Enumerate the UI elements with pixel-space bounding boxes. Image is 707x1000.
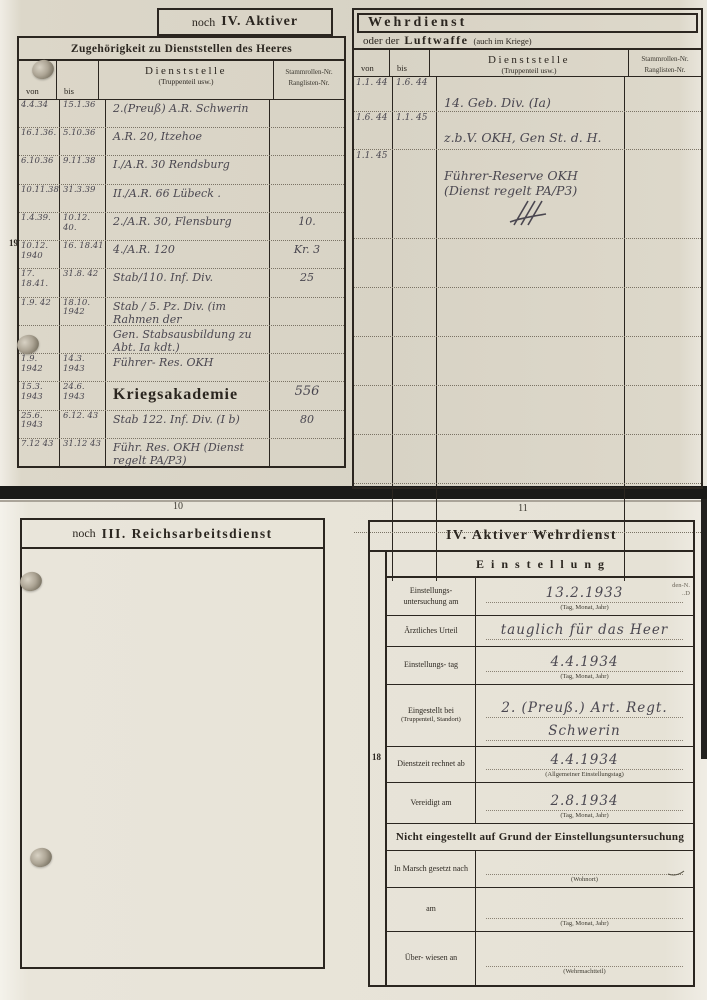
subheader-luftwaffe: Luftwaffe [404, 33, 468, 48]
cell-von: 7.12 43 [19, 439, 59, 466]
table-column-header: von bis Dienststelle (Truppenteil usw.) … [354, 50, 701, 77]
table-row [354, 386, 701, 435]
cell-bis: 9.11.38 [59, 156, 105, 183]
field-value: 2. (Preuß.) Art. Regt. [501, 700, 667, 716]
cell-von: 4.4.34 [19, 100, 59, 127]
table-row: 6.10.36 9.11.38 I./A.R. 30 Rendsburg [19, 156, 344, 184]
cell-von [354, 239, 392, 287]
field-value-2: Schwerin [548, 723, 621, 739]
field-caption: (Wohnort) [486, 875, 683, 885]
field-caption: (Wehrmachtteil) [486, 967, 683, 977]
table-row: 10.12. 1940 16. 18.41 4./A.R. 120 Kr. 3 [19, 241, 344, 269]
page-number-11: 11 [503, 503, 543, 514]
field-caption: (Allgemeiner Einstellungstag) [486, 770, 683, 780]
col-dienststelle-sub: (Truppenteil usw.) [430, 66, 628, 75]
cell-dienststelle: A.R. 20, Itzehoe [105, 128, 269, 155]
cell-von: 6.10.36 [19, 156, 59, 183]
table-row: 4.4.34 15.1.36 2.(Preuß) A.R. Schwerin [19, 100, 344, 128]
cell-von: 17. 18.41. [19, 269, 59, 296]
col-dienststelle: Dienststelle [99, 65, 273, 77]
page-wehrdienst: Wehrdienst oder der Luftwaffe (auch im K… [352, 8, 703, 489]
cell-dienststelle [436, 288, 624, 336]
field-einstellungsuntersuchung: Einstellungs- untersuchung am den-N. ..D… [387, 578, 693, 616]
cell-stammrollen [269, 298, 344, 325]
cell-dienststelle: Führer-Reserve OKH (Dienst regelt PA/P3) [436, 150, 624, 238]
table-row: 1.9. 1942 14.3. 1943 Führer- Res. OKH [19, 354, 344, 382]
field-dienstzeit: Dienstzeit rechnet ab 4.4.1934 (Allgemei… [387, 747, 693, 783]
table-row: 1.6. 44 1.1. 45 z.b.V. OKH, Gen St. d. H… [354, 112, 701, 150]
cell-bis: 31.12 43 [59, 439, 105, 466]
pen-mark [667, 869, 685, 877]
wehrdienst-header-box: Wehrdienst [357, 13, 698, 33]
cell-stammrollen: Kr. 3 [269, 241, 344, 268]
field-label: Ärztliches Urteil [387, 616, 476, 646]
faint-print-fragment: den-N. ..D [672, 582, 690, 598]
header-prefix: noch [72, 526, 95, 541]
cell-von: 1.9. 42 [19, 298, 59, 325]
cell-bis [392, 435, 436, 483]
page-margin-strip: 18 [370, 552, 387, 985]
cell-dienststelle: 2./A.R. 30, Flensburg [105, 213, 269, 240]
table-row [354, 239, 701, 288]
cell-von: 15.3. 1943 [19, 382, 59, 409]
section-einstellung: Einstellung [387, 552, 693, 578]
page-title: IV. Aktiver [221, 14, 298, 30]
cell-bis [392, 150, 436, 238]
header-prefix: noch [192, 15, 215, 30]
cell-von [354, 337, 392, 385]
page-title: IV. Aktiver Wehrdienst [370, 522, 693, 552]
field-value: 2.8.1934 [550, 793, 618, 809]
col-von: von [26, 86, 39, 96]
table-row: 10.11.38 31.3.39 II./A.R. 66 Lübeck . [19, 185, 344, 213]
table-row: Gen. Stabsausbildung zu Abt. Ia kdt.) [19, 326, 344, 354]
cell-bis [392, 337, 436, 385]
cell-stammrollen [269, 439, 344, 466]
field-aerztliches-urteil: Ärztliches Urteil tauglich für das Heer [387, 616, 693, 647]
cell-bis: 1.1. 45 [392, 112, 436, 149]
cell-von: 1.1. 44 [354, 77, 392, 111]
cell-dienststelle [436, 239, 624, 287]
field-value: 13.2.1933 [546, 585, 624, 601]
table-row: 7.12 43 31.12 43 Führ. Res. OKH (Dienst … [19, 439, 344, 466]
cell-bis: 14.3. 1943 [59, 354, 105, 381]
col-stammrollen: Stammrollen-Nr. [274, 67, 344, 78]
cell-stammrollen [269, 326, 344, 353]
cell-stammrollen [269, 128, 344, 155]
table-row: 1.4.39. 10.12. 40. 2./A.R. 30, Flensburg… [19, 213, 344, 241]
cell-stammrollen: 25 [269, 269, 344, 296]
field-label: am [387, 888, 476, 931]
cell-bis: 6.12. 43 [59, 411, 105, 438]
field-label-sub: (Truppenteil, Standort) [401, 716, 461, 724]
page-number-10: 10 [158, 501, 198, 512]
cell-dienststelle: Führer- Res. OKH [105, 354, 269, 381]
field-value: 4.4.1934 [550, 752, 618, 768]
cell-dienststelle: 4./A.R. 120 [105, 241, 269, 268]
cell-von [354, 288, 392, 336]
col-dienststelle-sub: (Truppenteil usw.) [99, 77, 273, 86]
cell-stammrollen [269, 100, 344, 127]
cell-stammrollen [269, 156, 344, 183]
cell-von: 1.6. 44 [354, 112, 392, 149]
cell-stammrollen [269, 185, 344, 212]
cell-stammrollen [624, 239, 701, 287]
cell-stammrollen: 80 [269, 411, 344, 438]
cell-von: 25.6. 1943 [19, 411, 59, 438]
cell-bis: 1.6. 44 [392, 77, 436, 111]
col-von: von [361, 63, 374, 73]
cell-bis: 16. 18.41 [59, 241, 105, 268]
field-caption: (Tag, Monat, Jahr) [486, 603, 683, 613]
cell-von [354, 386, 392, 434]
section-nicht-eingestellt: Nicht eingestellt auf Grund der Einstell… [387, 824, 693, 851]
cell-dienststelle: Stab / 5. Pz. Div. (im Rahmen der [105, 298, 269, 325]
subheader-note: (auch im Kriege) [474, 36, 532, 46]
cell-dienststelle: Gen. Stabsausbildung zu Abt. Ia kdt.) [105, 326, 269, 353]
cell-dienststelle: Stab/110. Inf. Div. [105, 269, 269, 296]
cell-dienststelle [436, 435, 624, 483]
table-row: 25.6. 1943 6.12. 43 Stab 122. Inf. Div. … [19, 411, 344, 439]
table-row: 17. 18.41. 31.8. 42 Stab/110. Inf. Div. … [19, 269, 344, 297]
field-in-marsch: In Marsch gesetzt nach (Wohnort) [387, 851, 693, 888]
dienststellen-table: Zugehörigkeit zu Dienststellen des Heere… [17, 36, 346, 468]
scan-edge-shadow [701, 499, 707, 759]
cell-stammrollen [624, 150, 701, 238]
cell-dienststelle: II./A.R. 66 Lübeck . [105, 185, 269, 212]
cell-bis [392, 386, 436, 434]
cell-von: 1.1. 45 [354, 150, 392, 238]
field-value: 4.4.1934 [550, 654, 618, 670]
cell-stammrollen: 10. [269, 213, 344, 240]
page-header: noch III. Reichsarbeitsdienst [22, 520, 323, 549]
table-row: 1.1. 45 Führer-Reserve OKH (Dienst regel… [354, 150, 701, 239]
cell-bis: 10.12. 40. [59, 213, 105, 240]
cell-dienststelle: z.b.V. OKH, Gen St. d. H. [436, 112, 624, 149]
cell-bis: 18.10. 1942 [59, 298, 105, 325]
page-title: III. Reichsarbeitsdienst [102, 526, 273, 542]
cell-von: 1.9. 1942 [19, 354, 59, 381]
cell-von: 10.12. 1940 [19, 241, 59, 268]
cell-stammrollen [624, 112, 701, 149]
subheader-prefix: oder der [363, 35, 399, 47]
field-einstellungstag: Einstellungs- tag 4.4.1934 (Tag, Monat, … [387, 647, 693, 685]
cell-von [354, 435, 392, 483]
wehrpass-scan: noch IV. Aktiver Zugehörigkeit zu Dienst… [0, 0, 707, 1000]
margin-note-19: 19 [9, 238, 18, 248]
cell-bis: 24.6. 1943 [59, 382, 105, 409]
cell-von: 16.1.36. [19, 128, 59, 155]
page-aktiver-wehrdienst: IV. Aktiver Wehrdienst 18 Einstellung Ei… [368, 520, 695, 987]
field-label: Vereidigt am [387, 783, 476, 823]
table-row: 1.9. 42 18.10. 1942 Stab / 5. Pz. Div. (… [19, 298, 344, 326]
table-column-header: von bis Dienststelle (Truppenteil usw.) … [19, 61, 344, 100]
cell-dienststelle: 2.(Preuß) A.R. Schwerin [105, 100, 269, 127]
field-label: Einstellungs- untersuchung am [387, 578, 476, 615]
margin-note-18: 18 [372, 752, 381, 762]
page-header-box: noch IV. Aktiver [157, 8, 333, 36]
field-caption: (Tag, Monat, Jahr) [486, 811, 683, 821]
cell-dienststelle: 14. Geb. Div. (Ia) [436, 77, 624, 111]
cell-stammrollen [624, 386, 701, 434]
cell-bis: 31.8. 42 [59, 269, 105, 296]
col-dienststelle: Dienststelle [430, 54, 628, 66]
cell-dienststelle [436, 386, 624, 434]
field-vereidigt: Vereidigt am 2.8.1934 (Tag, Monat, Jahr) [387, 783, 693, 824]
cell-dienststelle: Kriegsakademie [105, 382, 269, 409]
col-ranglisten: Ranglisten-Nr. [274, 78, 344, 89]
page-zugehoerigkeit: noch IV. Aktiver Zugehörigkeit zu Dienst… [14, 8, 345, 482]
col-bis: bis [397, 63, 407, 73]
cell-stammrollen [269, 354, 344, 381]
field-label: In Marsch gesetzt nach [387, 851, 476, 887]
field-caption: (Tag, Monat, Jahr) [486, 919, 683, 929]
field-ueberwiesen: Über- wiesen an (Wehrmachtteil) [387, 932, 693, 985]
cell-bis: 31.3.39 [59, 185, 105, 212]
table-row: 1.1. 44 1.6. 44 14. Geb. Div. (Ia) [354, 77, 701, 112]
cell-von: 1.4.39. [19, 213, 59, 240]
table-row [354, 288, 701, 337]
cell-dienststelle: Stab 122. Inf. Div. (I b) [105, 411, 269, 438]
table-row: 16.1.36. 5.10.36 A.R. 20, Itzehoe [19, 128, 344, 156]
cell-bis: 5.10.36 [59, 128, 105, 155]
table-row [354, 337, 701, 386]
signature-scribble [504, 200, 550, 226]
table-title: Zugehörigkeit zu Dienststellen des Heere… [19, 38, 344, 61]
cell-stammrollen: 556 [269, 382, 344, 409]
field-eingestellt-bei: Eingestellt bei (Truppenteil, Standort) … [387, 685, 693, 747]
field-label: Einstellungs- tag [387, 647, 476, 684]
cell-stammrollen [624, 435, 701, 483]
table-row [354, 435, 701, 484]
cell-dienststelle: I./A.R. 30 Rendsburg [105, 156, 269, 183]
cell-von: 10.11.38 [19, 185, 59, 212]
page-reichsarbeitsdienst: noch III. Reichsarbeitsdienst [20, 518, 325, 969]
cell-bis [392, 288, 436, 336]
table-row: 15.3. 1943 24.6. 1943 Kriegsakademie 556 [19, 382, 344, 410]
field-am: am (Tag, Monat, Jahr) [387, 888, 693, 932]
field-label: Eingestellt bei [408, 706, 454, 716]
field-label: Über- wiesen an [387, 932, 476, 985]
col-ranglisten: Ranglisten-Nr. [629, 65, 701, 76]
col-stammrollen: Stammrollen-Nr. [629, 54, 701, 65]
cell-stammrollen [624, 77, 701, 111]
cell-bis [59, 326, 105, 353]
field-value: tauglich für das Heer [501, 622, 669, 638]
field-caption: (Tag, Monat, Jahr) [486, 672, 683, 682]
cell-stammrollen [624, 288, 701, 336]
cell-stammrollen [624, 337, 701, 385]
luftwaffe-subheader: oder der Luftwaffe (auch im Kriege) [354, 33, 701, 50]
cell-dienststelle: Führ. Res. OKH (Dienst regelt PA/P3) [105, 439, 269, 466]
cell-dienststelle [436, 337, 624, 385]
cell-bis: 15.1.36 [59, 100, 105, 127]
field-label: Dienstzeit rechnet ab [387, 747, 476, 782]
col-bis: bis [64, 86, 74, 96]
cell-bis [392, 239, 436, 287]
table-rows: 4.4.34 15.1.36 2.(Preuß) A.R. Schwerin 1… [19, 100, 344, 466]
